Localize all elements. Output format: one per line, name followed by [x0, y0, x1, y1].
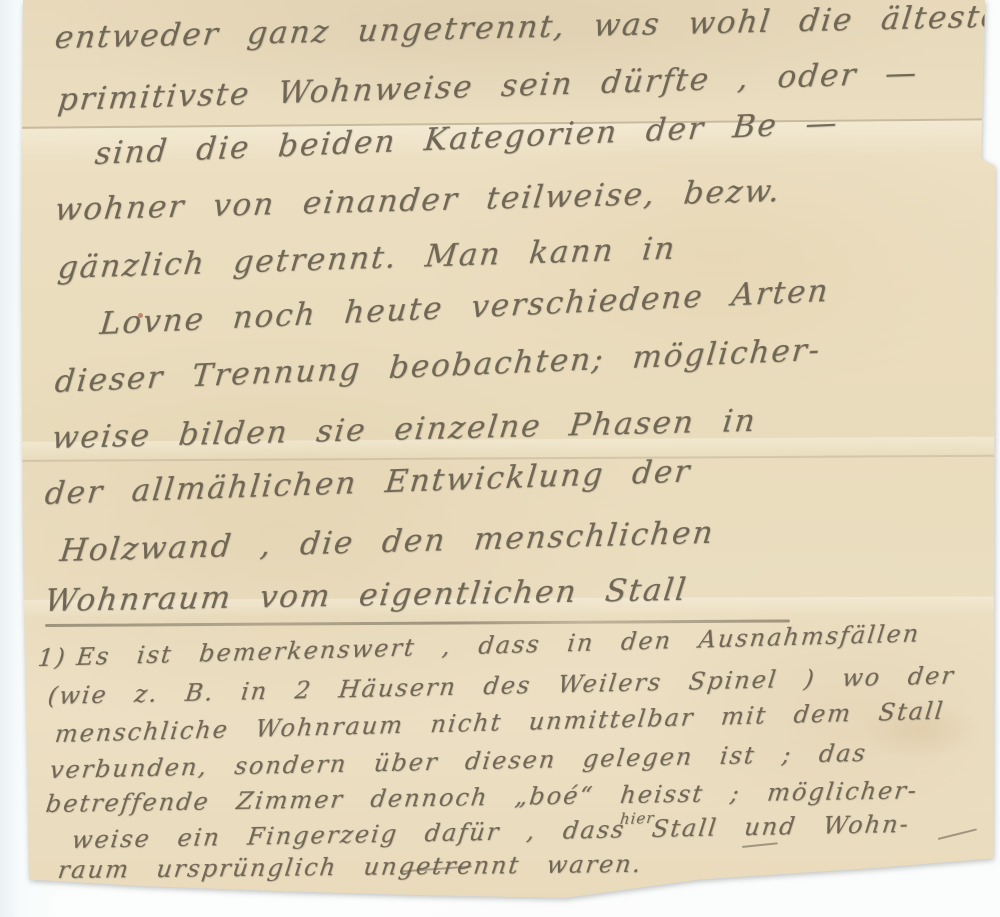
handwritten-line: der allmählichen Entwicklung der [43, 453, 693, 512]
footnote-line-text: Es ist bemerkenswert , dass in den Ausna… [75, 619, 922, 671]
pencil-dash-stroke [938, 828, 977, 840]
footnote-line: verbunden, sondern über diesen gelegen i… [48, 739, 868, 784]
handwritten-line-partial: einander [56, 0, 216, 2]
handwritten-line: Holzwand , die den menschlichen [58, 515, 717, 569]
footnote-line: raum ursprünglich ungetrennt waren. [56, 850, 644, 884]
handwritten-line: gänzlich getrennt. Man kann in [56, 231, 678, 287]
interlinear-insertion: hier [619, 809, 655, 828]
handwritten-line: dieser Trennung beobachten; möglicher- [53, 332, 823, 400]
handwritten-line: entweder ganz ungetrennt, was wohl die ä… [53, 0, 1000, 56]
handwritten-line: sind die beiden Kategorien der Be — [93, 105, 840, 172]
manuscript-page: einander entweder ganz ungetrennt, was w… [0, 0, 1000, 917]
pencil-dash-stroke [742, 842, 778, 848]
footnote-line: 1)Es ist bemerkenswert , dass in den Aus… [36, 619, 921, 672]
handwritten-line: Lovne noch heute verschiedene Arten [98, 273, 831, 342]
scan-background: einander entweder ganz ungetrennt, was w… [0, 0, 1000, 917]
paper-shadow-wrap: einander entweder ganz ungetrennt, was w… [0, 0, 1000, 917]
handwritten-line: wohner von einander teilweise, bezw. [53, 173, 783, 228]
footnote-line: weise ein Fingerzeig dafür , dass Stall … [70, 810, 911, 854]
footnote-marker: 1) [36, 643, 68, 672]
